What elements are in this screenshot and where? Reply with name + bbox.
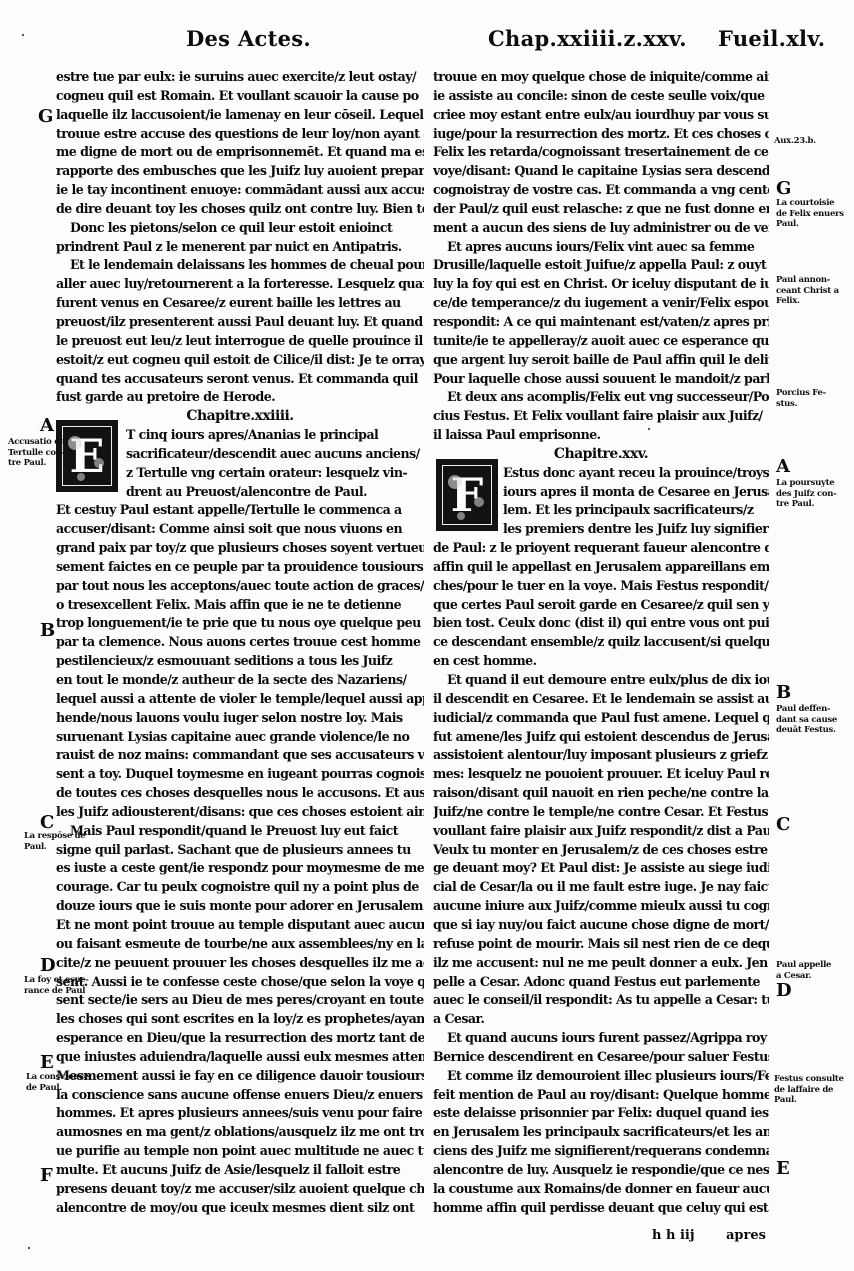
text-line: me digne de mort ou de emprisonnemēt. Et…: [56, 143, 424, 162]
margin-section-letter-a: A: [776, 456, 790, 477]
text-line: o tresexcellent Felix. Mais affin que ie…: [56, 596, 424, 615]
text-line: iuge/pour la resurrection des mortz. Et …: [433, 125, 769, 144]
text-line: le preuost eut leu/z leut interrogue de …: [56, 332, 424, 351]
text-line: accuser/disant: Comme ainsi soit que nou…: [56, 520, 424, 539]
text-line: estre tue par eulx: ie suruins auec exer…: [56, 68, 424, 87]
margin-note-appeal: Paul appelle a Cesar.: [776, 960, 831, 981]
left-column: estre tue par eulx: ie suruins auec exer…: [56, 68, 424, 1217]
text-line: courage. Car tu peulx cognoistre quil ny…: [56, 878, 424, 897]
text-line: de dire deuant toy les choses quilz ont …: [56, 200, 424, 219]
text-line: cognoistray de vostre cas. Et commanda a…: [433, 181, 769, 200]
text-line: ches/pour le tuer en la voye. Mais Festu…: [433, 577, 769, 596]
text-line: luy la foy qui est en Christ. Or iceluy …: [433, 275, 769, 294]
text-line: voullant faire plaisir aux Juifz respond…: [433, 822, 769, 841]
text-line: sent secte/ie sers au Dieu de mes peres/…: [56, 991, 424, 1010]
text-line: Et quand aucuns iours furent passez/Agri…: [433, 1029, 769, 1048]
right-column: trouue en moy quelque chose de iniquite/…: [433, 68, 769, 1217]
text-line: affin quil le appellast en Jerusalem app…: [433, 558, 769, 577]
margin-note-consults: Festus consulte de laffaire de Paul.: [774, 1074, 844, 1106]
text-line: mes: lesquelz ne pouoient prouuer. Et ic…: [433, 765, 769, 784]
text-line: prindrent Paul z le menerent par nuict e…: [56, 238, 424, 257]
running-head-chapter: Chap.xxiiii.z.xxv.: [488, 26, 687, 51]
text-line: en Jerusalem les principaulx sacrificate…: [433, 1123, 769, 1142]
text-line: ie le tay incontinent enuoye: commādant …: [56, 181, 424, 200]
text-line: trop longuement/ie te prie que tu nous o…: [56, 614, 424, 633]
margin-section-letter-d: D: [776, 980, 792, 1001]
text-line: Drusille/laquelle estoit Juifue/z appell…: [433, 256, 769, 275]
text-line: cius Festus. Et Felix voullant faire pla…: [433, 407, 769, 426]
historiated-initial-f: F: [436, 459, 498, 531]
catchword: apres: [726, 1228, 766, 1243]
text-line: en cest homme.: [433, 652, 769, 671]
text-line: Felix les retarda/cognoissant tresertain…: [433, 143, 769, 162]
margin-section-letter-e: E: [776, 1158, 790, 1179]
margin-section-letter-c: C: [776, 814, 790, 835]
margin-note-cross-ref: Aux.23.b.: [774, 136, 816, 147]
text-line: preuost/ilz presenterent aussi Paul deua…: [56, 313, 424, 332]
text-line: Et quand il eut demoure entre eulx/plus …: [433, 671, 769, 690]
text-line: ce/de temperance/z du iugement a venir/F…: [433, 294, 769, 313]
text-line: ou faisant esmeute de tourbe/ne aux asse…: [56, 935, 424, 954]
text-line: Bernice descendirent en Cesaree/pour sal…: [433, 1048, 769, 1067]
margin-note-faith: La foy et espe- rance de Paul: [24, 975, 84, 996]
text-line: alencontre de luy. Ausquelz ie respondie…: [433, 1161, 769, 1180]
text-line: rauist de noz mains: commandant que ses …: [56, 746, 424, 765]
margin-section-letter-a: A: [40, 415, 54, 436]
text-line: esperance en Dieu/que la resurrection de…: [56, 1029, 424, 1048]
text-line: trouue estre accuse des questions de leu…: [56, 125, 424, 144]
text-line: Et deux ans acomplis/Felix eut vng succe…: [433, 388, 769, 407]
text-line: les Juifz adiousterent/disans: que ces c…: [56, 803, 424, 822]
text-line: a Cesar.: [433, 1010, 769, 1029]
text-line: fust garde au pretoire de Herode.: [56, 388, 424, 407]
text-line: trouue en moy quelque chose de iniquite/…: [433, 68, 769, 87]
text-line: Mais Paul respondit/quand le Preuost luy…: [56, 822, 424, 841]
text-line: Donc les pietons/selon ce quil leur esto…: [56, 219, 424, 238]
text-line: ilz me accusent: nul ne me peult donner …: [433, 954, 769, 973]
text-line: iudicial/z commanda que Paul fust amene.…: [433, 709, 769, 728]
text-line: aucune iniure aux Juifz/comme mieulx aus…: [433, 897, 769, 916]
ink-speck: [28, 1247, 30, 1249]
text-line: la conscience sans aucune offense enuers…: [56, 1086, 424, 1105]
text-line: estoit/z eut cogneu quil estoit de Cilic…: [56, 351, 424, 370]
text-line: este delaisse prisonnier par Felix: duqu…: [433, 1104, 769, 1123]
text-line: pelle a Cesar. Adonc quand Festus eut pa…: [433, 973, 769, 992]
text-line: de Paul: z le prioyent requerant faueur …: [433, 539, 769, 558]
text-line: furent venus en Cesaree/z eurent baille …: [56, 294, 424, 313]
margin-section-letter-e: E: [40, 1052, 54, 1073]
text-line: en tout le monde/z autheur de la secte d…: [56, 671, 424, 690]
text-line: Et apres aucuns iours/Felix vint auec sa…: [433, 238, 769, 257]
text-line: cial de Cesar/la ou il me fault estre iu…: [433, 878, 769, 897]
text-line: de toutes ces choses desquelles nous le …: [56, 784, 424, 803]
margin-note-preaching: Paul annon- ceant Christ a Felix.: [776, 275, 839, 307]
text-line: cite/z ne peuuent prouuer les choses des…: [56, 954, 424, 973]
text-line: tunite/ie te appelleray/z auoit auec ce …: [433, 332, 769, 351]
text-line: sement faictes en ce peuple par ta proui…: [56, 558, 424, 577]
text-line: ciens des Juifz me signifierent/requeran…: [433, 1142, 769, 1161]
margin-note-porcius-festus: Porcius Fe- stus.: [776, 388, 826, 409]
text-line: sent a toy. Duquel toymesme en iugeant p…: [56, 765, 424, 784]
text-line: Veulx tu monter en Jerusalem/z de ces ch…: [433, 841, 769, 860]
text-line: Et ne mont point trouue au temple disput…: [56, 916, 424, 935]
text-line: aumosnes en ma gent/z oblations/ausquelz…: [56, 1123, 424, 1142]
running-head-book-title: Des Actes.: [186, 26, 311, 51]
text-line: ie assiste au concile: sinon de ceste se…: [433, 87, 769, 106]
margin-note-courtesy: La courtoisie de Felix enuers Paul.: [776, 198, 844, 230]
margin-section-letter-c: C: [40, 812, 54, 833]
text-line: cogneu quil est Romain. Et voullant scau…: [56, 87, 424, 106]
text-line: hommes. Et apres plusieurs annees/suis v…: [56, 1104, 424, 1123]
text-line: les choses qui sont escrites en la loy/z…: [56, 1010, 424, 1029]
margin-section-letter-b: B: [776, 682, 791, 703]
text-line: lequel aussi a attente de violer le temp…: [56, 690, 424, 709]
text-line: respondit: A ce qui maintenant est/vaten…: [433, 313, 769, 332]
text-line: der Paul/z quil eust relasche: z que ne …: [433, 200, 769, 219]
text-line: rapporte des embusches que les Juifz luy…: [56, 162, 424, 181]
margin-section-letter-d: D: [40, 955, 56, 976]
text-line: criee moy estant entre eulx/au iourdhuy …: [433, 106, 769, 125]
text-line: suruenant Lysias capitaine auec grande v…: [56, 728, 424, 747]
text-line: alencontre de moy/ou que iceulx mesmes d…: [56, 1199, 424, 1218]
margin-section-letter-g: G: [776, 178, 791, 199]
text-line: laquelle ilz laccusoient/ie lamenay en l…: [56, 106, 424, 125]
ink-speck: [648, 428, 650, 430]
text-line: que certes Paul seroit garde en Cesaree/…: [433, 596, 769, 615]
margin-note-response: La respōse de Paul.: [24, 831, 84, 852]
text-line: ge deuant moy? Et Paul dist: Je assiste …: [433, 859, 769, 878]
running-head-folio: Fueil.xlv.: [718, 26, 825, 51]
text-line: pestilencieux/z esmouuant seditions a to…: [56, 652, 424, 671]
margin-section-letter-b: B: [40, 620, 55, 641]
text-line: assistoient alentour/luy imposant plusie…: [433, 746, 769, 765]
text-line: douze iours que ie suis monte pour adore…: [56, 897, 424, 916]
text-line: que argent luy seroit baille de Paul aff…: [433, 351, 769, 370]
text-line: auec le conseil/il respondit: As tu appe…: [433, 991, 769, 1010]
text-line: feit mention de Paul au roy/disant: Quel…: [433, 1086, 769, 1105]
margin-note-pursuit: La poursuyte des Juifz con- tre Paul.: [776, 478, 836, 510]
signature-mark: h h iij: [652, 1228, 695, 1243]
text-line: ce descendant ensemble/z quilz laccusent…: [433, 633, 769, 652]
text-line: fut amene/les Juifz qui estoient descend…: [433, 728, 769, 747]
book-page: Des Actes. Chap.xxiiii.z.xxv. Fueil.xlv.…: [0, 0, 854, 1271]
text-line: Et cestuy Paul estant appelle/Tertulle l…: [56, 501, 424, 520]
text-line: refuse point de mourir. Mais sil nest ri…: [433, 935, 769, 954]
text-line: grand paix par toy/z que plusieurs chose…: [56, 539, 424, 558]
text-line: es iuste a ceste gent/ie respondz pour m…: [56, 859, 424, 878]
ink-speck: [22, 34, 24, 36]
text-line: par ta clemence. Nous auons certes trouu…: [56, 633, 424, 652]
text-line: quand tes accusateurs seront venus. Et c…: [56, 370, 424, 389]
text-line: signe quil parlast. Sachant que de plusi…: [56, 841, 424, 860]
text-line: presens deuant toy/z me accuser/silz auo…: [56, 1180, 424, 1199]
margin-section-letter-f: F: [40, 1165, 53, 1186]
text-line: il laissa Paul emprisonne.: [433, 426, 769, 445]
text-line: il descendit en Cesaree. Et le lendemain…: [433, 690, 769, 709]
text-line: Mesmement aussi ie fay en ce diligence d…: [56, 1067, 424, 1086]
margin-note-accusation: Accusatio de Tertulle con- tre Paul.: [8, 437, 78, 469]
text-line: que si iay nuy/ou faict aucune chose dig…: [433, 916, 769, 935]
margin-note-conscience: La conscience de Paul.: [26, 1072, 86, 1093]
text-line: sent. Aussi ie te confesse ceste chose/q…: [56, 973, 424, 992]
text-line: Pour laquelle chose aussi souuent le man…: [433, 370, 769, 389]
text-line: multe. Et aucuns Juifz de Asie/lesquelz …: [56, 1161, 424, 1180]
text-line: voye/disant: Quand le capitaine Lysias s…: [433, 162, 769, 181]
margin-section-letter-g: G: [38, 106, 53, 127]
text-line: la coustume aux Romains/de donner en fau…: [433, 1180, 769, 1199]
text-line: Et le lendemain delaissans les hommes de…: [56, 256, 424, 275]
margin-note-defense: Paul deffen- dant sa cause deuāt Festus.: [776, 704, 837, 736]
text-line: hende/nous lauons voulu iuger selon nost…: [56, 709, 424, 728]
text-line: Et comme ilz demouroient illec plusieurs…: [433, 1067, 769, 1086]
text-line: bien tost. Ceulx donc (dist il) qui entr…: [433, 614, 769, 633]
text-line: aller auec luy/retournerent a la fortere…: [56, 275, 424, 294]
text-line: homme affin quil perdisse deuant que cel…: [433, 1199, 769, 1218]
text-line: que iniustes aduiendra/laquelle aussi eu…: [56, 1048, 424, 1067]
text-line: par tout nous les acceptons/auec toute a…: [56, 577, 424, 596]
text-line: ment a aucun des siens de luy administre…: [433, 219, 769, 238]
text-line: ue purifie au temple non point auec mult…: [56, 1142, 424, 1161]
text-line: Juifz/ne contre le temple/ne contre Cesa…: [433, 803, 769, 822]
text-line: raison/disant quil nauoit en rien peche/…: [433, 784, 769, 803]
